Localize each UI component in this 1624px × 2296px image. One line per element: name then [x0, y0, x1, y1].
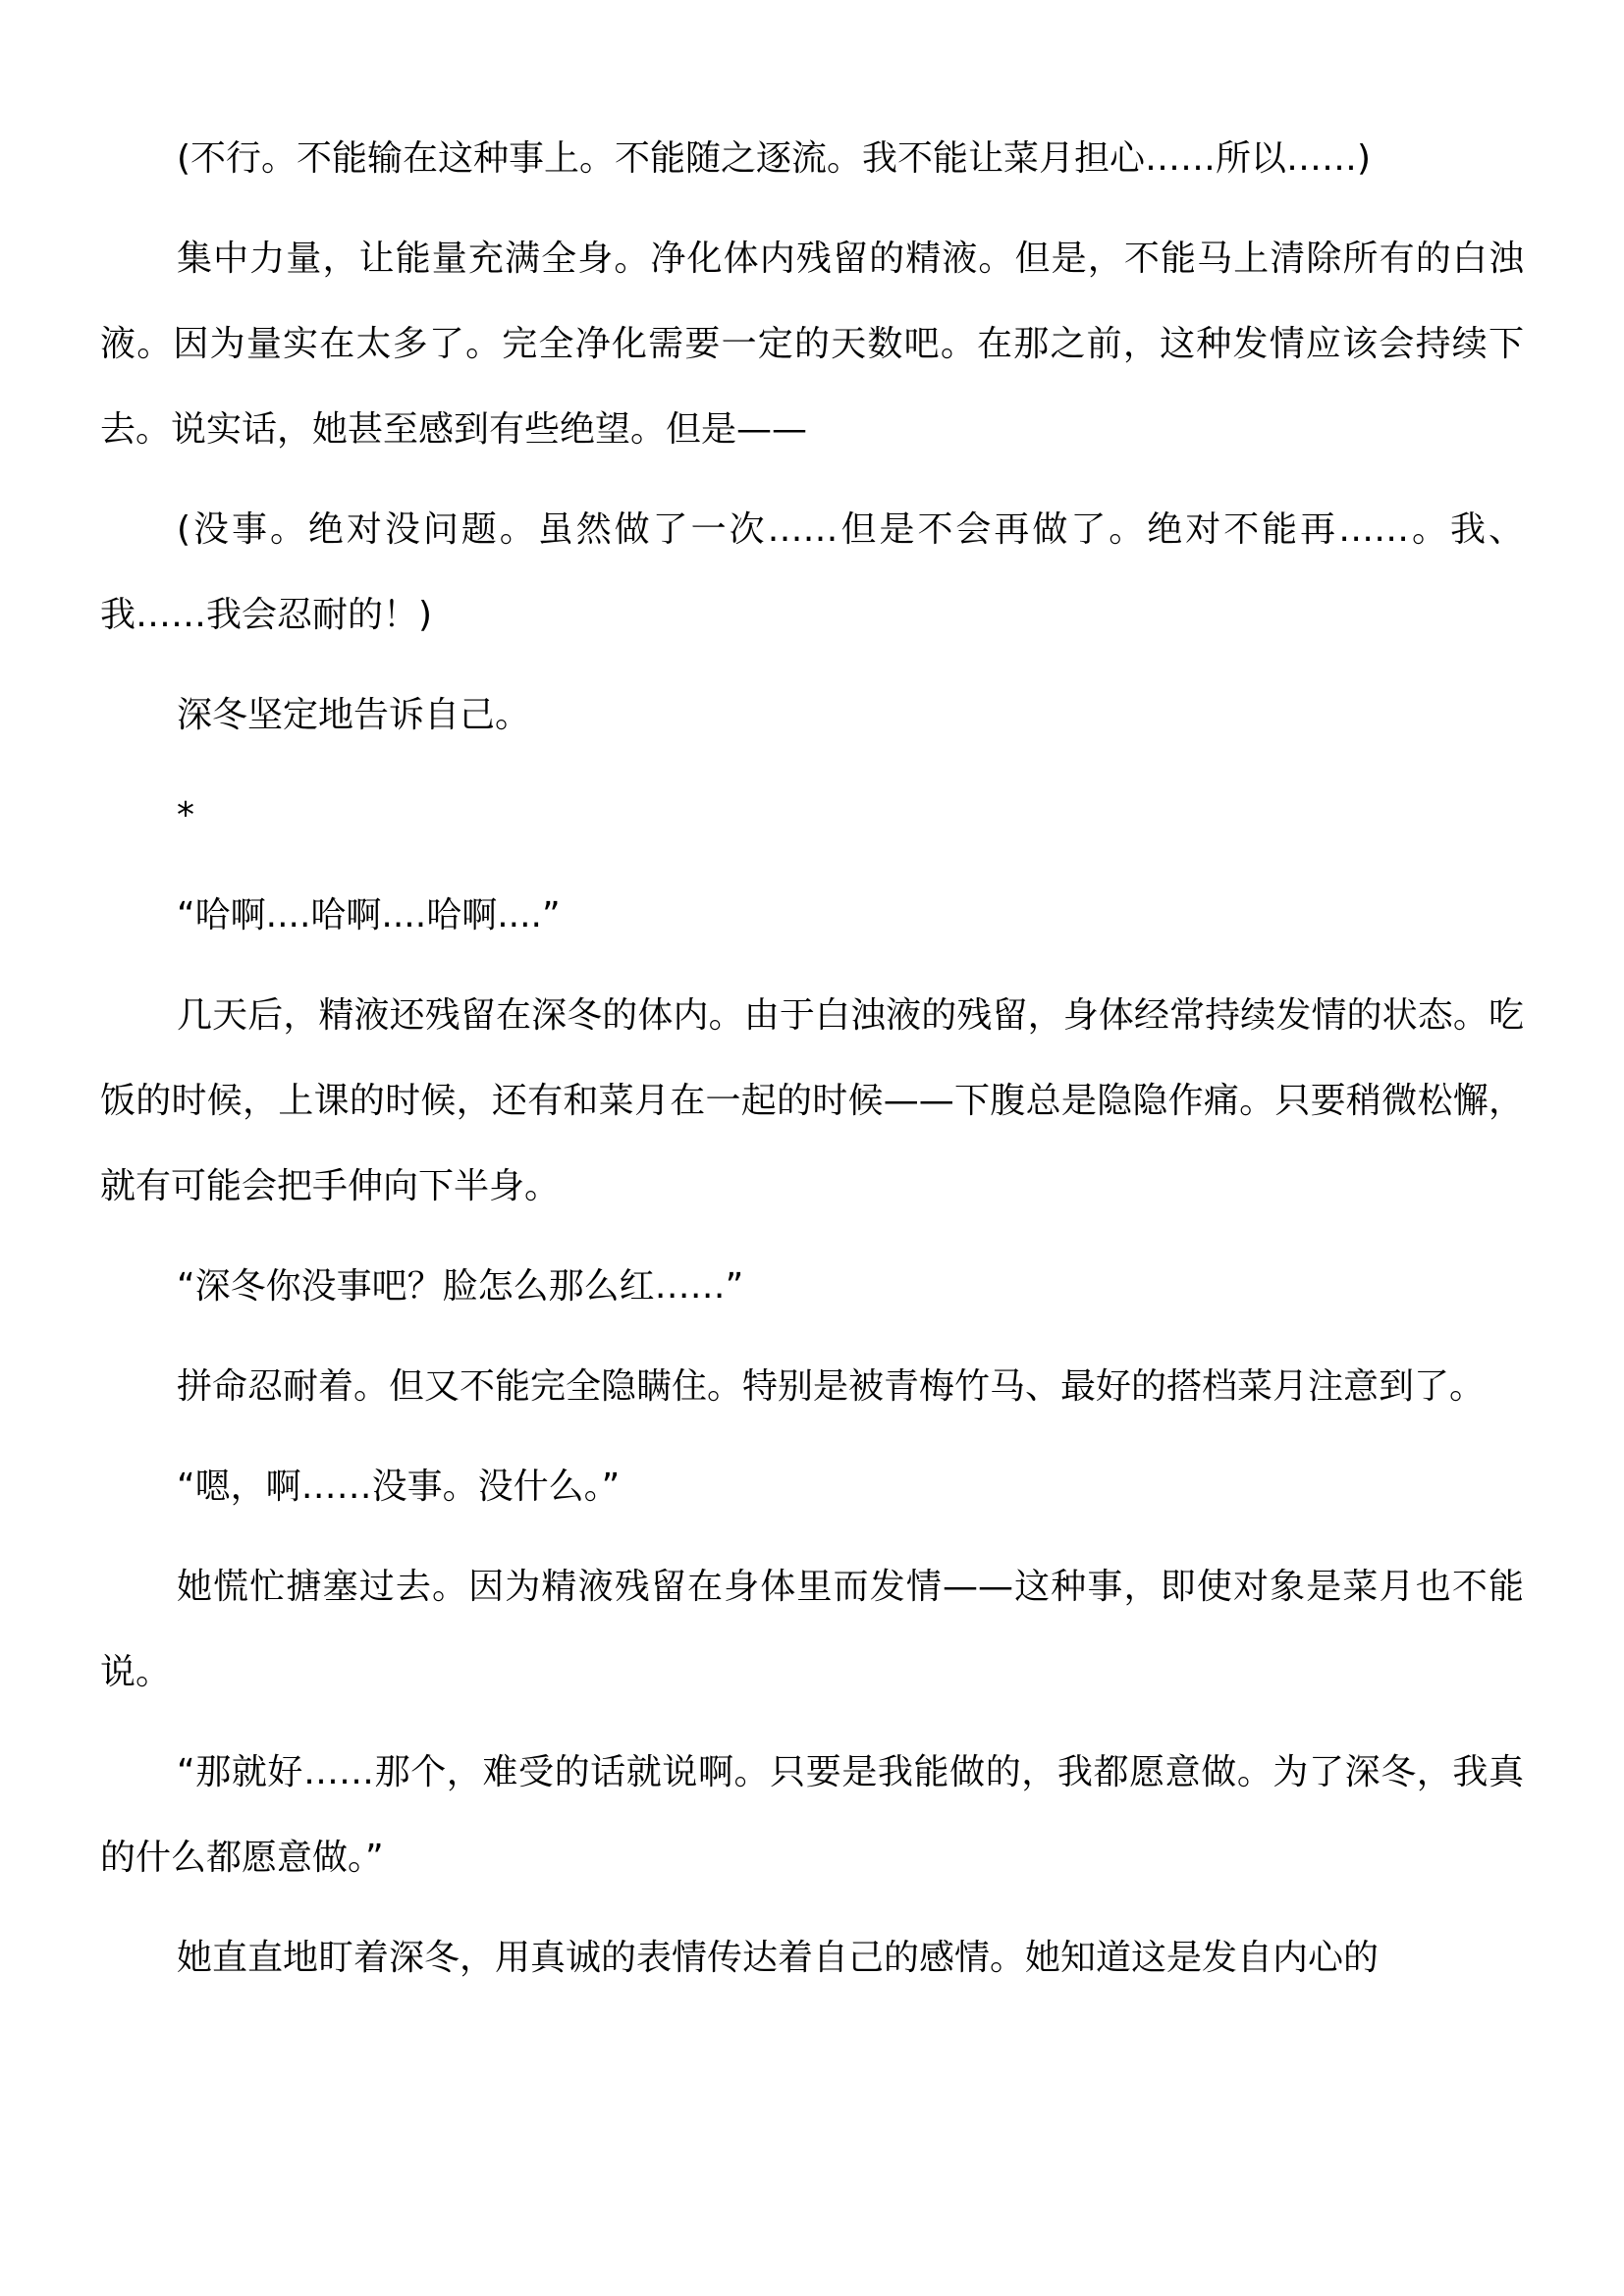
paragraph: 拼命忍耐着。但又不能完全隐瞒住。特别是被青梅竹马、最好的搭档菜月注意到了。: [100, 1344, 1524, 1429]
paragraph: “嗯，啊……没事。没什么。”: [100, 1444, 1524, 1529]
paragraph: “那就好……那个，难受的话就说啊。只要是我能做的，我都愿意做。为了深冬，我真的什…: [100, 1730, 1524, 1900]
paragraph: (没事。绝对没问题。虽然做了一次……但是不会再做了。绝对不能再……。我、我……我…: [100, 487, 1524, 658]
scene-break: *: [100, 773, 1524, 858]
paragraph: 深冬坚定地告诉自己。: [100, 672, 1524, 758]
paragraph: 她慌忙搪塞过去。因为精液残留在身体里而发情——这种事，即使对象是菜月也不能说。: [100, 1544, 1524, 1715]
paragraph: “哈啊....哈啊....哈啊....”: [100, 873, 1524, 958]
document-page: (不行。不能输在这种事上。不能随之逐流。我不能让菜月担心……所以……) 集中力量…: [100, 116, 1524, 2001]
paragraph: 集中力量，让能量充满全身。净化体内残留的精液。但是，不能马上清除所有的白浊液。因…: [100, 216, 1524, 472]
paragraph: “深冬你没事吧？脸怎么那么红……”: [100, 1244, 1524, 1329]
paragraph: (不行。不能输在这种事上。不能随之逐流。我不能让菜月担心……所以……): [100, 116, 1524, 201]
paragraph: 她直直地盯着深冬，用真诚的表情传达着自己的感情。她知道这是发自内心的: [100, 1915, 1524, 2001]
paragraph: 几天后，精液还残留在深冬的体内。由于白浊液的残留，身体经常持续发情的状态。吃饭的…: [100, 973, 1524, 1229]
